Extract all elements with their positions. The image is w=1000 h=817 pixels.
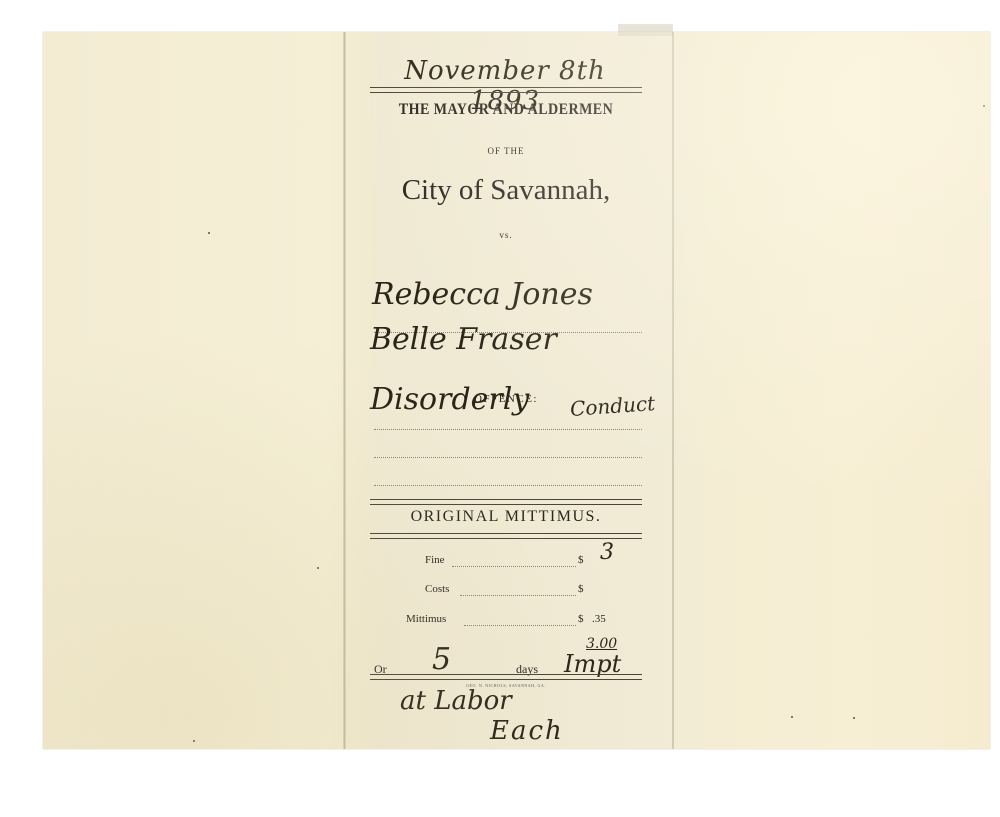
offence-value-cont: Conduct [569, 391, 656, 421]
fee-row-mittimus: Mittimus $ .35 [370, 613, 642, 633]
fee-label: Fine [425, 554, 445, 566]
handwritten-note: Each [490, 716, 564, 746]
paper-speck [791, 716, 793, 718]
mittimus-document: November 8th 1893 THE MAYOR AND ALDERMEN… [43, 32, 990, 749]
mittimus-amount: .35 [592, 613, 606, 625]
paper-speck [317, 567, 319, 569]
heading-of-the: OF THE [370, 146, 642, 156]
dotted-leader [452, 566, 576, 567]
double-rule [370, 87, 642, 93]
days-handwritten: 5 [432, 642, 451, 677]
fee-row-fine: Fine $ 3 [370, 554, 642, 574]
center-panel: November 8th 1893 THE MAYOR AND ALDERMEN… [370, 32, 670, 749]
heading-city: City of Savannah, [365, 174, 647, 207]
fee-label: Mittimus [406, 613, 446, 625]
fine-amount-handwritten: 3 [600, 540, 614, 565]
offence-value: Disorderly [370, 382, 529, 417]
dotted-leader [460, 595, 576, 596]
fold-crease-left [343, 32, 346, 749]
dotted-line [374, 429, 642, 430]
paper-speck [853, 717, 855, 719]
dollar-sign: $ [578, 613, 584, 625]
double-rule [370, 499, 642, 505]
fee-row-costs: Costs $ [370, 583, 642, 603]
fee-label: Costs [425, 583, 449, 595]
handwritten-note: at Labor [400, 686, 512, 716]
double-rule [370, 533, 642, 539]
heading-vs: vs. [370, 230, 642, 240]
heading-mayor-aldermen: THE MAYOR AND ALDERMEN [386, 101, 625, 119]
defendant-name: Rebecca Jones [372, 277, 593, 312]
paper-speck [208, 232, 210, 234]
fold-crease-right [672, 32, 674, 749]
dotted-line [374, 457, 642, 458]
paper-speck [193, 740, 195, 742]
dotted-line [374, 485, 642, 486]
dotted-leader [464, 625, 576, 626]
dollar-sign: $ [578, 583, 584, 595]
paper-speck [983, 105, 985, 107]
double-rule [370, 674, 642, 680]
defendant-name: Belle Fraser [370, 322, 557, 357]
mittimus-title: ORIGINAL MITTIMUS. [370, 508, 642, 526]
dollar-sign: $ [578, 554, 584, 566]
